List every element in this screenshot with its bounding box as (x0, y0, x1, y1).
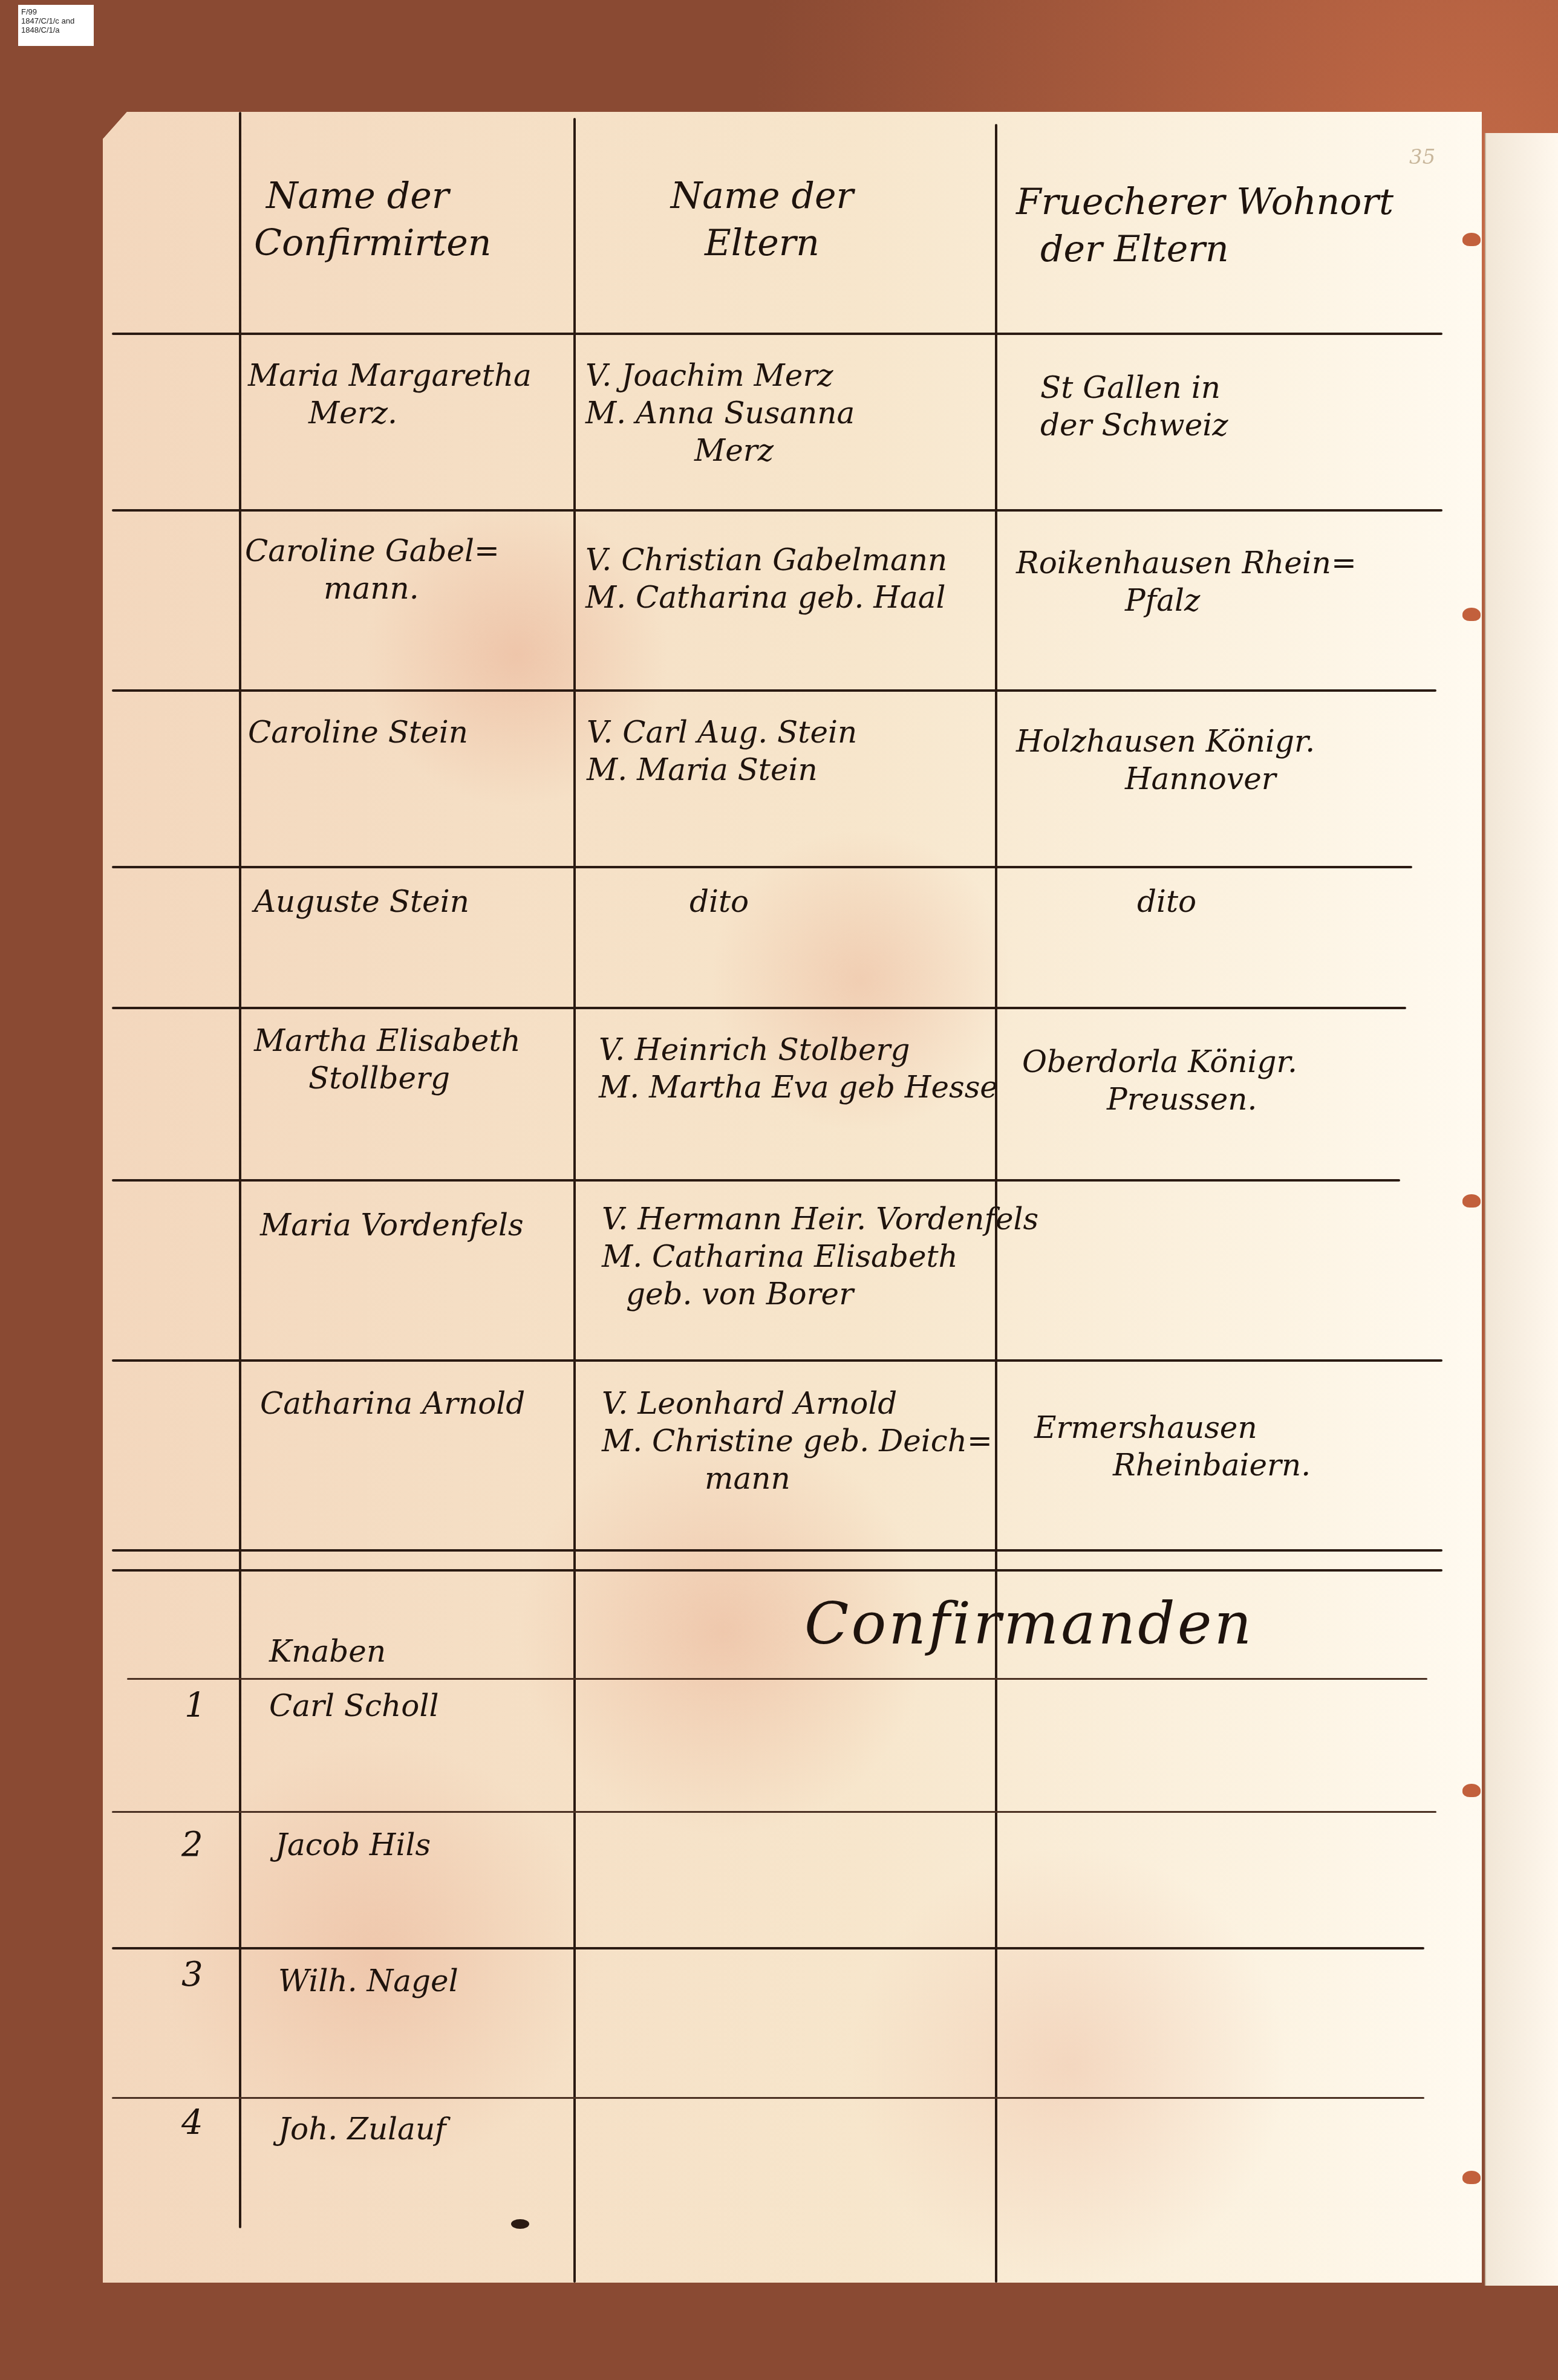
header-previous-residence: Fruecherer Wohnort der Eltern (1016, 178, 1393, 273)
text-line: Pfalz (1016, 582, 1357, 619)
row-rule (112, 1947, 1424, 1949)
text-line: St Gallen in (1040, 369, 1228, 406)
row-rule (112, 1007, 1406, 1009)
row-rule (112, 1179, 1400, 1182)
previous-residence: Holzhausen Königr. Hannover (1016, 723, 1315, 798)
text-line: Hannover (1016, 760, 1315, 798)
parents-name: V. Carl Aug. Stein M. Maria Stein (587, 714, 857, 788)
text-line: Merz (585, 432, 855, 469)
text-line: dito (1137, 883, 1196, 920)
text-line: V. Heinrich Stolberg (599, 1031, 998, 1068)
header-line: Fruecherer Wohnort (1016, 178, 1393, 226)
text-line: Roikenhausen Rhein= (1016, 544, 1357, 582)
page-number: 35 (1409, 145, 1435, 169)
text-line: V. Joachim Merz (585, 357, 855, 394)
archive-reference-label: F/99 1847/C/1/c and 1848/C/1/a (18, 5, 94, 46)
text-line: Merz. (248, 394, 532, 432)
text-line: Maria Margaretha (248, 357, 532, 394)
row-rule (112, 689, 1436, 692)
text-line: Rheinbaiern. (1034, 1446, 1311, 1484)
row-rule (112, 1359, 1442, 1362)
row-rule (127, 1678, 1427, 1680)
text-line: M. Catharina geb. Haal (585, 579, 947, 616)
header-parents-name: Name der Eltern (593, 172, 931, 267)
confirmand-name: Auguste Stein (254, 883, 469, 920)
row-rule (112, 1811, 1436, 1813)
parents-name: V. Hermann Heir. Vordenfels M. Catharina… (602, 1200, 1038, 1313)
text-line: M. Catharina Elisabeth (602, 1238, 1038, 1275)
text-line: V. Hermann Heir. Vordenfels (602, 1200, 1038, 1238)
text-line: Stollberg (254, 1059, 521, 1097)
previous-residence: Ermershausen Rheinbaiern. (1034, 1409, 1311, 1484)
text-line: mann (602, 1460, 992, 1497)
section-double-rule (112, 1549, 1442, 1552)
binding-stitch-icon (1462, 608, 1481, 621)
confirmand-name: Caroline Gabel= mann. (245, 532, 500, 607)
text-line: Ermershausen (1034, 1409, 1311, 1446)
row-rule (112, 333, 1442, 335)
header-line: Name der (254, 172, 491, 219)
confirmand-name: Maria Vordenfels (260, 1206, 524, 1244)
text-line: Catharina Arnold (260, 1385, 525, 1422)
previous-residence: Oberdorla Königr. Preussen. (1022, 1043, 1297, 1118)
parents-name: V. Leonhard Arnold M. Christine geb. Dei… (602, 1385, 992, 1497)
text-line: Caroline Gabel= (245, 532, 500, 570)
adjacent-page-edge (1485, 133, 1558, 2286)
confirmand-name: Wilh. Nagel (278, 1962, 458, 2000)
row-number: 2 (181, 1826, 203, 1864)
archive-label-line: F/99 (21, 7, 91, 16)
archive-label-line: 1847/C/1/c and (21, 16, 91, 25)
text-line: mann. (245, 570, 500, 607)
confirmand-name: Maria Margaretha Merz. (248, 357, 532, 432)
text-line: V. Christian Gabelmann (585, 541, 947, 579)
column-rule (239, 112, 241, 2228)
archive-label-line: 1848/C/1/a (21, 25, 91, 34)
binding-stitch-icon (1462, 1784, 1481, 1797)
section-title: Confirmanden (804, 1590, 1254, 1657)
text-line: der Schweiz (1040, 406, 1228, 444)
binding-stitch-icon (1462, 2171, 1481, 2184)
binding-stitch-icon (1462, 1194, 1481, 1208)
row-number: 3 (181, 1956, 203, 1994)
text-line: V. Leonhard Arnold (602, 1385, 992, 1422)
text-line: Preussen. (1022, 1081, 1297, 1118)
parents-name: V. Christian Gabelmann M. Catharina geb.… (585, 541, 947, 616)
ink-blot-icon (511, 2219, 529, 2229)
row-number: 4 (181, 2104, 203, 2142)
confirmand-name: Caroline Stein (248, 714, 468, 751)
text-line: M. Martha Eva geb Hesse (599, 1068, 998, 1106)
confirmand-name: Joh. Zulauf (278, 2110, 446, 2148)
binding-stitch-icon (1462, 233, 1481, 246)
text-line: dito (689, 883, 749, 920)
previous-residence: Roikenhausen Rhein= Pfalz (1016, 544, 1357, 619)
text-line: Holzhausen Königr. (1016, 723, 1315, 760)
row-rule (112, 2097, 1424, 2099)
section-double-rule (112, 1569, 1442, 1572)
row-number: 1 (184, 1687, 206, 1725)
text-line: Martha Elisabeth (254, 1022, 521, 1059)
text-line: Maria Vordenfels (260, 1206, 524, 1244)
parents-name: V. Heinrich Stolberg M. Martha Eva geb H… (599, 1031, 998, 1106)
text-line: M. Christine geb. Deich= (602, 1422, 992, 1460)
confirmand-name: Carl Scholl (269, 1687, 438, 1725)
previous-residence: dito (1137, 883, 1196, 920)
header-confirmand-name: Name der Confirmirten (254, 172, 491, 267)
text-line: M. Maria Stein (587, 751, 857, 788)
parents-name: dito (689, 883, 749, 920)
header-line: Confirmirten (254, 219, 491, 267)
text-line: Oberdorla Königr. (1022, 1043, 1297, 1081)
confirmand-name: Catharina Arnold (260, 1385, 525, 1422)
text-line: M. Anna Susanna (585, 394, 855, 432)
text-line: Caroline Stein (248, 714, 468, 751)
parents-name: V. Joachim Merz M. Anna Susanna Merz (585, 357, 855, 469)
row-rule (112, 509, 1442, 512)
header-line: der Eltern (1016, 226, 1393, 273)
text-line: geb. von Borer (602, 1275, 1038, 1313)
text-line: Auguste Stein (254, 883, 469, 920)
row-rule (112, 866, 1412, 868)
text-line: V. Carl Aug. Stein (587, 714, 857, 751)
header-line: Eltern (593, 219, 931, 267)
header-line: Name der (593, 172, 931, 219)
previous-residence: St Gallen in der Schweiz (1040, 369, 1228, 444)
column-rule (573, 118, 576, 2283)
section-subheading: Knaben (269, 1633, 386, 1670)
confirmand-name: Martha Elisabeth Stollberg (254, 1022, 521, 1097)
confirmand-name: Jacob Hils (275, 1826, 431, 1864)
